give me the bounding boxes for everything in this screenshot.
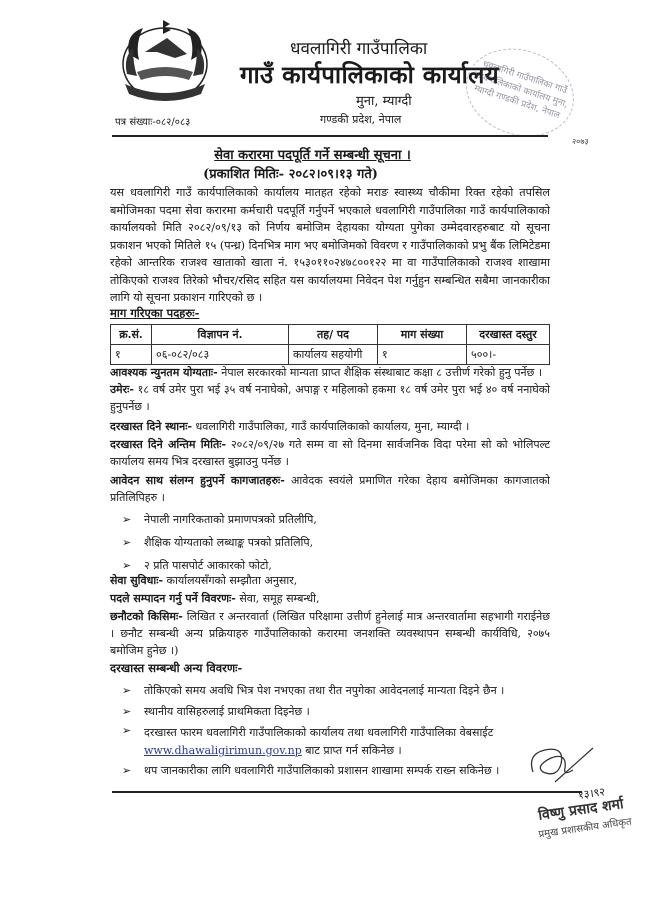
col-demand: माग संख्या — [378, 325, 467, 345]
cell-serial: १ — [111, 345, 152, 365]
selection-field: छनौटको किसिमः- लिखित र अन्तरवार्ता (लिखि… — [110, 608, 550, 659]
website-link[interactable]: www.dhawaligirimun.gov.np — [144, 744, 302, 757]
list-item: ➢तोकिएको समय अवधि भित्र पेश नभएका तथा री… — [118, 680, 548, 701]
documents-field: आवेदन साथ संलग्न हुनुपर्ने कागजातहरुः- आ… — [110, 472, 550, 506]
notice-intro: यस धवलागिरी गाउँ कार्यपालिकाको कार्यालय … — [110, 184, 550, 307]
col-post: तह/ पद — [289, 325, 378, 345]
nepal-emblem-icon — [115, 14, 215, 106]
table-row: १ ०६-०८२/०८३ कार्यालय सहयोगी १ ५००।- — [111, 345, 550, 365]
published-date: (प्रकाशित मितिः- २०८२।०९।१३ गते) — [0, 164, 621, 182]
municipality-name: धवलागिरी गाउँपालिका — [290, 36, 427, 59]
list-item: ➢दरखास्त फारम धवलागिरी गाउँपालिकाको कार्… — [118, 722, 548, 760]
arrow-bullet-icon: ➢ — [122, 760, 131, 781]
posts-table: क्र.सं. विज्ञापन नं. तह/ पद माग संख्या द… — [110, 324, 550, 365]
col-advert-no: विज्ञापन नं. — [152, 325, 289, 345]
arrow-bullet-icon: ➢ — [122, 701, 131, 722]
office-name: गाउँ कार्यपालिकाको कार्यालय — [240, 58, 499, 91]
other-details-list: ➢तोकिएको समय अवधि भित्र पेश नभएका तथा री… — [118, 680, 548, 781]
address-line-1: मुना, म्याग्दी — [356, 91, 412, 109]
facility-field: सेवा सुविधाः- कार्यालयसँगको सम्झौता अनुस… — [110, 572, 550, 589]
arrow-bullet-icon: ➢ — [122, 531, 131, 554]
age-field: उमेरः- १८ वर्ष उमेर पुरा भई ३५ वर्ष ननाघ… — [110, 381, 550, 415]
place-field: दरखास्त दिने स्थानः- धवलागिरी गाउँपालिका… — [110, 418, 550, 435]
cell-demand: १ — [378, 345, 467, 365]
col-serial: क्र.सं. — [111, 325, 152, 345]
duties-field: पदले सम्पादन गर्नु पर्ने विवरणः- सेवा, स… — [110, 590, 550, 607]
list-item: ➢शैक्षिक योग्यताको लब्धाङ्क पत्रको प्रति… — [118, 531, 548, 554]
col-fee: दरखास्त दस्तुर — [467, 325, 550, 345]
documents-list: ➢नेपाली नागरिकताको प्रमाणपत्रको प्रतिलीप… — [118, 508, 548, 577]
footer-divider — [112, 791, 582, 793]
office-stamp: धवलागिरी गाउँपालिका गाउँ कार्यपालिकाको क… — [455, 35, 586, 150]
deadline-field: दरखास्त दिने अन्तिम मितिः- २०८२/०९/२७ गत… — [110, 436, 550, 470]
list-item: ➢थप जानकारीका लागि धवलागिरी गाउँपालिकाको… — [118, 760, 548, 781]
qualification-field: आवश्यक न्युनतम योग्यताः- नेपाल सरकारको म… — [110, 364, 550, 381]
list-item: ➢नेपाली नागरिकताको प्रमाणपत्रको प्रतिलीप… — [118, 508, 548, 531]
notice-page: धवलागिरी गाउँपालिका गाउँ कार्यपालिकाको क… — [0, 0, 661, 910]
cell-post: कार्यालय सहयोगी — [289, 345, 378, 365]
header-divider — [112, 135, 548, 137]
cell-fee: ५००।- — [467, 345, 550, 365]
arrow-bullet-icon: ➢ — [122, 508, 131, 531]
list-item: ➢स्थानीय वासिहरुलाई प्राथमिकता दिइनेछ । — [118, 701, 548, 722]
reference-number: पत्र संख्याः-०८२/०८३ — [115, 114, 190, 128]
arrow-bullet-icon: ➢ — [122, 722, 131, 740]
signature-scribble-icon — [525, 742, 595, 787]
arrow-bullet-icon: ➢ — [122, 680, 131, 701]
table-header-row: क्र.सं. विज्ञापन नं. तह/ पद माग संख्या द… — [111, 325, 550, 345]
other-details-label: दरखास्त सम्बन्धी अन्य विवरणः- — [110, 661, 242, 676]
address-line-2: गण्डकी प्रदेश, नेपाल — [320, 112, 401, 127]
posts-label: माग गरिएका पदहरुः- — [110, 306, 199, 321]
cell-advert-no: ०६-०८२/०८३ — [152, 345, 289, 365]
notice-title: सेवा करारमा पदपूर्ति गर्ने सम्बन्धी सूचन… — [0, 145, 661, 163]
